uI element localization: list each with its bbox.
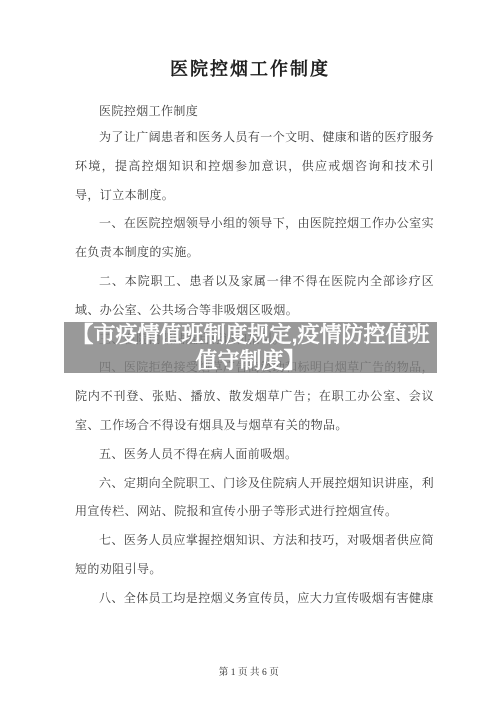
- doc-paragraph-item6: 六、定期向全院职工、门诊及住院病人开展控烟知识讲座，利用宣传栏、网站、院报和宣传…: [75, 469, 434, 527]
- doc-paragraph-item2: 二、本院职工、患者以及家属一律不得在医院内全部诊疗区域、办公室、公共场合等非吸烟…: [75, 267, 434, 325]
- document-subtitle: 医院控烟工作制度: [75, 102, 432, 119]
- page-number-indicator: 第1页共6页: [0, 664, 500, 678]
- doc-paragraph-intro: 为了让广阔患者和医务人员有一个文明、健康和谐的医疗服务环境，提高控烟知识和控烟参…: [75, 123, 434, 209]
- doc-paragraph-item7: 七、医务人员应掌握控烟知识、方法和技巧，对吸烟者供应简短的劝阻引导。: [75, 526, 434, 584]
- overlay-link-banner[interactable]: 【市疫情值班制度规定,疫情防控值班值守制度】: [64, 322, 437, 373]
- doc-paragraph-item8: 八、全体员工均是控烟义务宣传员，应大力宣传吸烟有害健康: [75, 584, 434, 613]
- document-title: 医院控烟工作制度: [0, 0, 500, 81]
- overlay-link-banner-text: 【市疫情值班制度规定,疫情防控值班值守制度】: [66, 322, 435, 373]
- document-page: 医院控烟工作制度 医院控烟工作制度 为了让广阔患者和医务人员有一个文明、健康和谐…: [0, 0, 500, 706]
- doc-paragraph-item1: 一、在医院控烟领导小组的领导下，由医院控烟工作办公室实在负责本制度的实施。: [75, 209, 434, 267]
- doc-paragraph-item5: 五、医务人员不得在病人面前吸烟。: [75, 440, 434, 469]
